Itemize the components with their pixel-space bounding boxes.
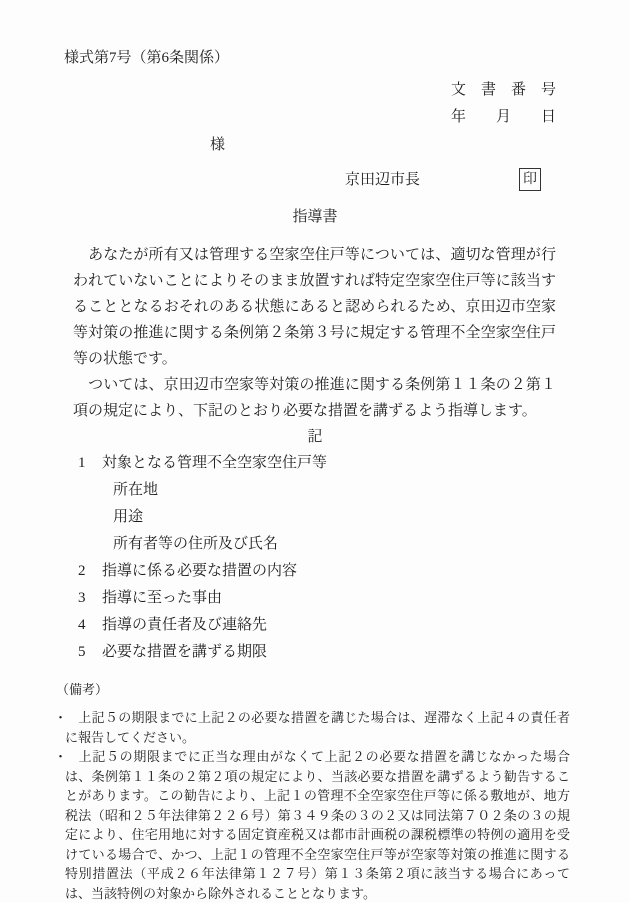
document-number-label: 文 書 番 号 <box>0 80 556 101</box>
list-item-number: 3 <box>78 585 102 612</box>
seal-stamp: 印 <box>519 168 541 191</box>
note-item: ・ 上記５の期限までに正当な理由がなくて上記２の必要な措置を講じなかった場合は、… <box>65 747 570 903</box>
list-item-label: 指導に係る必要な措置の内容 <box>102 558 297 585</box>
form-number: 様式第7号（第6条関係） <box>64 48 630 69</box>
list-item-number: 5 <box>78 639 102 666</box>
bullet-icon: ・ <box>54 708 67 728</box>
list-item-number: 1 <box>78 450 102 477</box>
list-item-label: 対象となる管理不全空家空住戸等 <box>102 450 327 477</box>
list-subitem: 所有者等の住所及び氏名 <box>113 531 630 558</box>
list-item-label: 指導の責任者及び連絡先 <box>102 612 267 639</box>
item-list: 1 対象となる管理不全空家空住戸等 所在地 用途 所有者等の住所及び氏名 2 指… <box>0 450 630 666</box>
bullet-icon: ・ <box>54 747 67 767</box>
sender-name: 京田辺市長 <box>345 172 420 188</box>
body-paragraph: あなたが所有又は管理する空家空住戸等については、適切な管理が行われていないことに… <box>73 242 556 372</box>
note-text: 上記５の期限までに正当な理由がなくて上記２の必要な措置を講じなかった場合は、条例… <box>65 749 570 901</box>
list-item: 4 指導の責任者及び連絡先 <box>78 612 630 639</box>
document-title: 指導書 <box>0 207 630 228</box>
list-item-number: 2 <box>78 558 102 585</box>
note-item: ・ 上記５の期限までに上記２の必要な措置を講じた場合は、遅滞なく上記４の責任者に… <box>65 708 570 747</box>
date-line: 年 月 日 <box>0 107 556 128</box>
notes-heading: （備考） <box>56 680 630 700</box>
list-item: 1 対象となる管理不全空家空住戸等 <box>78 450 630 477</box>
document-page: 様式第7号（第6条関係） 文 書 番 号 年 月 日 様 京田辺市長 印 指導書… <box>0 0 630 903</box>
list-item-label: 指導に至った事由 <box>102 585 222 612</box>
list-item-number: 4 <box>78 612 102 639</box>
addressee-honorific: 様 <box>210 135 630 156</box>
body-paragraph: ついては、京田辺市空家等対策の推進に関する条例第１１条の２第１項の規定により、下… <box>73 372 556 424</box>
list-item-label: 必要な措置を講ずる期限 <box>102 639 267 666</box>
list-subitem: 用途 <box>113 504 630 531</box>
body-text: あなたが所有又は管理する空家空住戸等については、適切な管理が行われていないことに… <box>73 242 556 424</box>
list-subitem: 所在地 <box>113 477 630 504</box>
list-item: 5 必要な措置を講ずる期限 <box>78 639 630 666</box>
sender-row: 京田辺市長 印 <box>345 168 630 192</box>
list-item: 2 指導に係る必要な措置の内容 <box>78 558 630 585</box>
list-item: 3 指導に至った事由 <box>78 585 630 612</box>
ki-heading: 記 <box>0 424 630 450</box>
note-text: 上記５の期限までに上記２の必要な措置を講じた場合は、遅滞なく上記４の責任者に報告… <box>65 710 570 745</box>
